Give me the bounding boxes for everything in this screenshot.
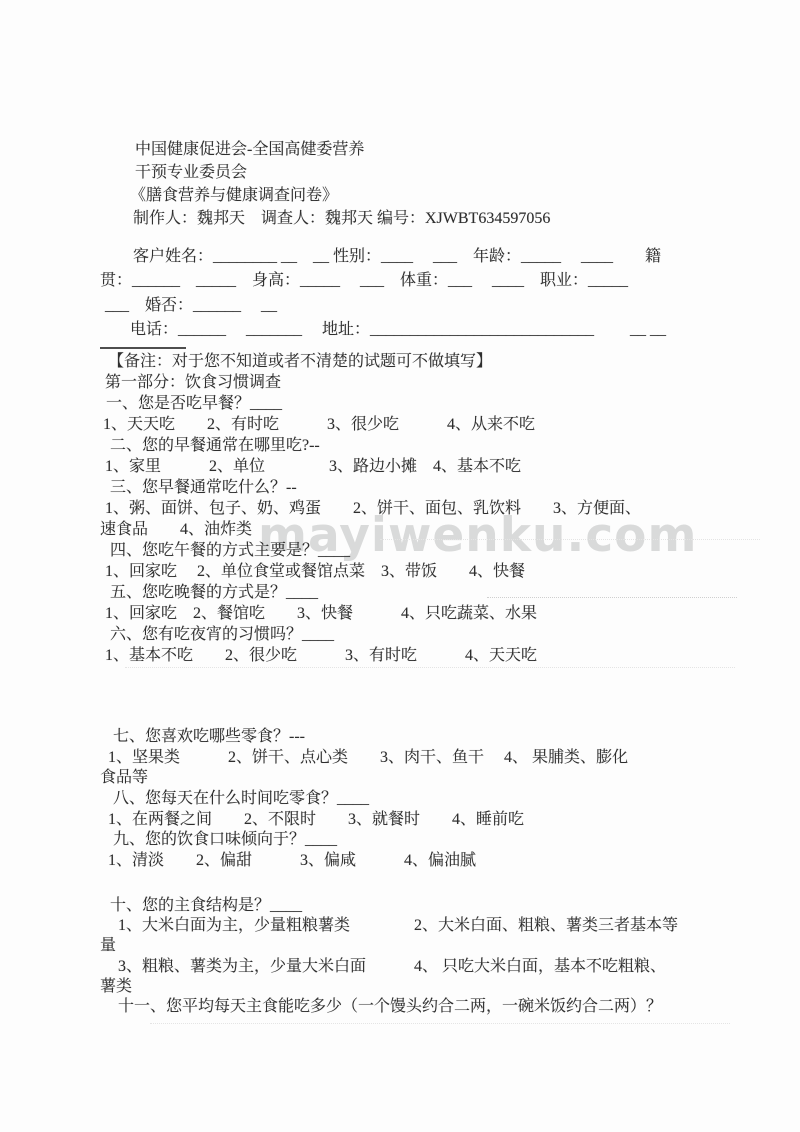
header-line-org-1: 中国健康促进会-全国高健委营养 [100,138,730,161]
form-line-phone-address: 电话：______ _______ 地址：___________________… [100,318,730,342]
question-3: 三、您早餐通常吃什么？-- [100,477,730,498]
question-6: 六、您有吃夜宵的习惯吗？____ [100,624,730,645]
section-title: 第一部分：饮食习惯调查 [100,372,730,393]
question-5: 五、您吃晚餐的方式是？____ [100,582,730,603]
doc-header: 中国健康促进会-全国高健委营养干预专业委员会《膳食营养与健康调查问卷》制作人：魏… [100,138,730,230]
footnote-rule [100,347,186,349]
options-3b: 速食品 4、油炸类 [100,519,730,540]
survey-part-1: 【备注：对于您不知道或者不清楚的试题可不做填写】第一部分：饮食习惯调查一、您是否… [100,351,730,666]
question-1: 一、您是否吃早餐？____ [100,393,730,414]
survey-part-2: 七、您喜欢吃哪些零食？---1、坚果类 2、饼干、点心类 3、肉干、鱼干 4、 … [100,727,730,872]
note-line: 【备注：对于您不知道或者不清楚的试题可不做填写】 [100,351,730,372]
client-info-form: 客户姓名：________ __ __ 性别：____ ___ 年龄：_____… [100,245,730,343]
options-10c: 3、粗粮、薯类为主，少量大米白面 4、 只吃大米白面，基本不吃粗粮、 [100,957,730,977]
form-line-name-sex-age: 客户姓名：________ __ __ 性别：____ ___ 年龄：_____… [100,245,730,269]
header-line-org-2: 干预专业委员会 [100,161,730,184]
options-2: 1、家里 2、单位 3、路边小摊 4、基本不吃 [100,456,730,477]
question-4: 四、您吃午餐的方式主要是？____ [100,540,730,561]
doc-title: 《膳食营养与健康调查问卷》 [100,184,730,207]
options-8: 1、在两餐之间 2、不限时 3、就餐时 4、睡前吃 [100,810,730,831]
question-9: 九、您的饮食口味倾向于？____ [100,830,730,851]
options-7b: 食品等 [100,768,730,789]
question-8: 八、您每天在什么时间吃零食？____ [100,789,730,810]
options-5: 1、回家吃 2、餐馆吃 3、快餐 4、只吃蔬菜、水果 [100,603,730,624]
question-2: 二、您的早餐通常在哪里吃?-- [100,435,730,456]
form-line-origin-height: 贯：______ _____ 身高：_____ ___ 体重：___ ____ … [100,269,730,293]
scan-noise-line [380,539,760,540]
scan-artifact-dotted-line [487,597,737,598]
document-page: mayiwenku.com 中国健康促进会-全国高健委营养干预专业委员会《膳食营… [0,0,800,1132]
options-10b: 量 [100,936,730,956]
options-9: 1、清淡 2、偏甜 3、偏咸 4、偏油腻 [100,851,730,872]
options-4: 1、回家吃 2、单位食堂或餐馆点菜 3、带饭 4、快餐 [100,561,730,582]
question-7: 七、您喜欢吃哪些零食？--- [100,727,730,748]
options-10a: 1、大米白面为主，少量粗粮薯类 2、大米白面、粗粮、薯类三者基本等 [100,916,730,936]
question-10: 十、您的主食结构是？____ [100,896,730,916]
scan-noise-line [150,1023,730,1024]
options-10d: 薯类 [100,977,730,997]
form-line-marriage: ___ 婚否：______ __ [100,294,730,318]
question-11: 十一、您平均每天主食能吃多少（一个馒头约合二两，一碗米饭约合二两）？ [100,997,730,1017]
options-7a: 1、坚果类 2、饼干、点心类 3、肉干、鱼干 4、 果脯类、膨化 [100,748,730,769]
options-3a: 1、粥、面饼、包子、奶、鸡蛋 2、饼干、面包、乳饮料 3、方便面、 [100,498,730,519]
options-1: 1、天天吃 2、有时吃 3、很少吃 4、从来不吃 [100,414,730,435]
survey-part-3: 十、您的主食结构是？____1、大米白面为主，少量粗粮薯类 2、大米白面、粗粮、… [100,896,730,1017]
header-line-makers: 制作人：魏邦天 调查人：魏邦天 编号：XJWBT634597056 [100,207,730,230]
options-6: 1、基本不吃 2、很少吃 3、有时吃 4、天天吃 [100,645,730,666]
scan-noise-line [125,667,735,668]
